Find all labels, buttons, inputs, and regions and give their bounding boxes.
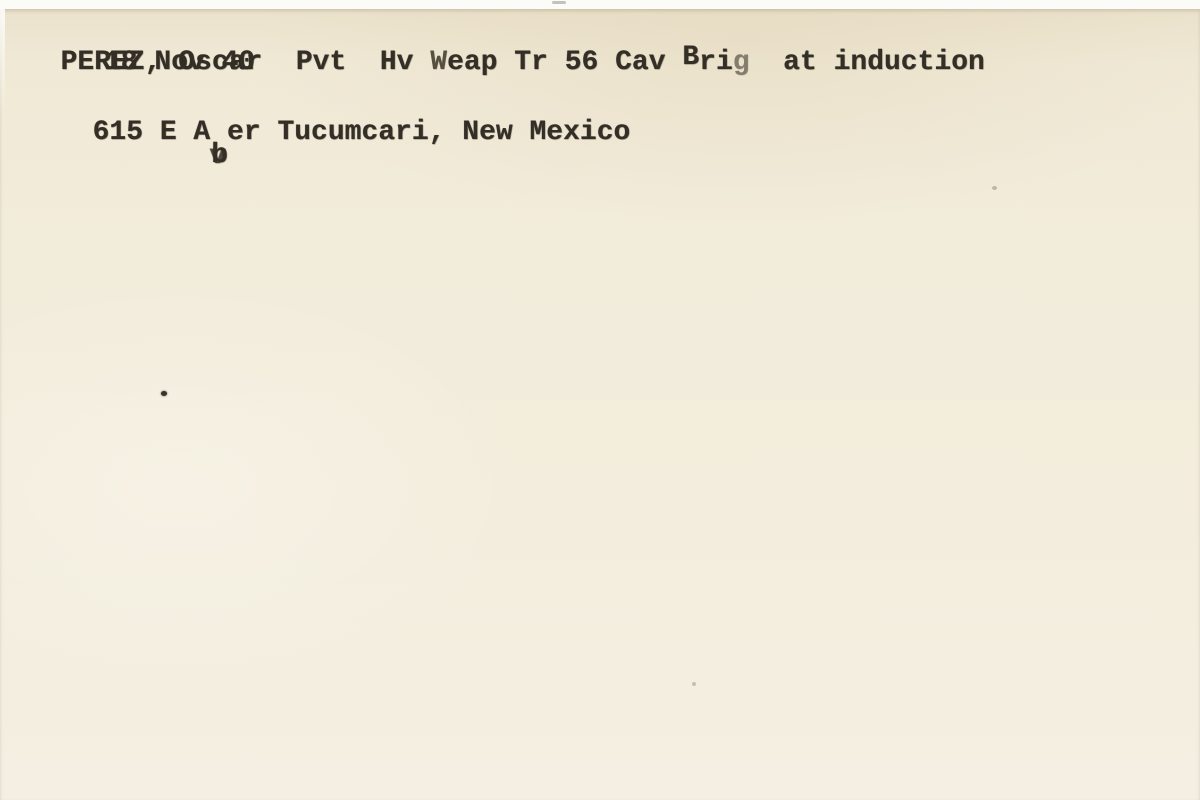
typed-line-address: 615 E Avber Tucumcari, New Mexico (59, 82, 630, 150)
card-edge-gap (0, 9, 5, 119)
line1-text-b: eap Tr 56 Cav (447, 47, 682, 78)
scanner-background-strip (0, 0, 1200, 9)
typed-line-date: 18 Nov 40 (104, 46, 255, 80)
dust-speck (992, 186, 997, 190)
line3-text-a: 615 E A (93, 117, 211, 148)
scan-smudge-mark (552, 1, 566, 4)
line1-raised-b: B (682, 42, 699, 73)
dust-speck (692, 682, 696, 686)
line3-overstrike-over: b (211, 139, 228, 173)
line3-text-b: er Tucumcari, New Mexico (227, 117, 630, 148)
line1-faded-w: W (430, 47, 447, 78)
line1-faded-g: g (733, 47, 750, 78)
line1-text-c: ri (699, 47, 733, 78)
line1-text-d: at induction (750, 47, 985, 78)
ink-speck (161, 391, 167, 396)
